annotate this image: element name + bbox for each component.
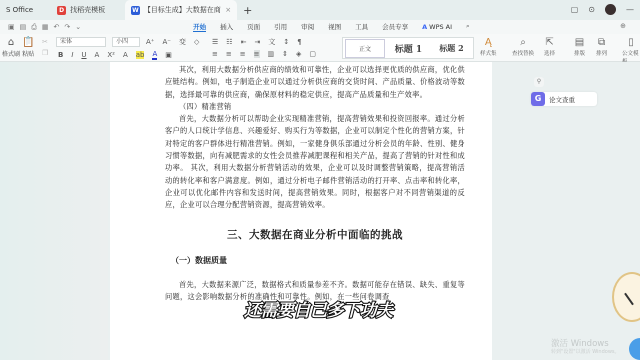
tab-bar: S Office D 找稻壳模板 W 【目标生成】大数据在商业分… × + ▢ … [0, 0, 640, 20]
increase-indent-icon[interactable]: ⇥ [254, 38, 260, 46]
char-border-icon[interactable]: ▣ [165, 51, 172, 59]
style-set-icon: Ą [485, 37, 492, 49]
grow-font-icon[interactable]: A⁺ [146, 38, 154, 46]
align-right-icon[interactable]: ≡ [240, 50, 246, 58]
layout-button[interactable]: ▤排版 [574, 37, 585, 57]
menu-references[interactable]: 引用 [274, 22, 287, 32]
paper-check-icon: G [531, 92, 545, 106]
open-icon[interactable]: ▤ [20, 23, 27, 32]
menu-bar: ▣ ▤ ⎙ ▦ ↶ ↷ ⌄ 开始 插入 页面 引用 审阅 视图 工具 会员专享 … [0, 20, 640, 34]
superscript-icon[interactable]: X² [107, 51, 115, 59]
pin-icon[interactable]: ⚲ [534, 77, 544, 87]
distribute-icon[interactable]: ▥ [268, 50, 275, 58]
phonetic-icon[interactable]: 变 [179, 37, 186, 47]
style-set-button[interactable]: Ą样式集 [480, 37, 497, 57]
align-left-icon[interactable]: ≡ [212, 50, 218, 58]
menu-items: 开始 插入 页面 引用 审阅 视图 工具 会员专享 AWPS AI ⌕ [193, 22, 470, 32]
menu-review[interactable]: 审阅 [301, 22, 314, 32]
paragraph-tools-row2: ≡ ≡ ≡ ≡ ▥ ⇕ ◈ ▢ [212, 50, 316, 58]
find-replace-button[interactable]: ⌕查找替换 [512, 37, 534, 57]
numbering-icon[interactable]: ☷ [226, 38, 232, 46]
wps-ai-button[interactable]: AWPS AI [422, 22, 452, 32]
menu-start[interactable]: 开始 [193, 22, 206, 32]
preview-icon[interactable]: ▦ [42, 23, 49, 32]
windows-activation-hint: 转到"设置"以激活 Windows。 [551, 348, 620, 355]
sort-icon[interactable]: ↕ [283, 38, 289, 46]
clear-format-icon[interactable]: ◇ [194, 38, 199, 46]
style-normal[interactable]: 正文 [345, 39, 385, 58]
font-color-icon[interactable]: A [152, 50, 157, 60]
format-painter-icon: ⌂ [8, 37, 14, 48]
arrange-icon: ⧉ [598, 37, 605, 49]
italic-icon[interactable]: I [71, 51, 73, 59]
window-controls: ▢ ⊙ — [571, 4, 634, 15]
justify-icon[interactable]: ≡ [254, 50, 260, 58]
format-painter-button[interactable]: ⌂ 格式刷 [2, 37, 20, 58]
cursor-icon: ⇱ [545, 37, 553, 49]
font-size-tools: A⁺ A⁻ 变 ◇ [146, 37, 199, 47]
wps-ai-icon: A [422, 23, 427, 31]
shrink-font-icon[interactable]: A⁻ [162, 38, 170, 46]
bullets-icon[interactable]: ☰ [212, 38, 218, 46]
align-center-icon[interactable]: ≡ [226, 50, 232, 58]
undo-icon[interactable]: ↶ [53, 23, 59, 32]
font-size-select[interactable]: 小四 [112, 37, 140, 47]
new-icon[interactable]: ▣ [8, 23, 15, 32]
underline-icon[interactable]: U [81, 51, 86, 59]
style-heading-2[interactable]: 标题 2 [430, 43, 473, 54]
section-heading: 三、大数据在商业分析中面临的挑战 [165, 229, 465, 241]
avatar[interactable] [605, 4, 616, 15]
clock-hand [624, 293, 634, 306]
document-body[interactable]: 其次，利用大数据分析供应商的绩效和可靠性，企业可以选择更优质的供应商，优化供应链… [165, 64, 465, 304]
text-effect-icon[interactable]: A [123, 51, 128, 59]
docer-icon: D [57, 6, 66, 15]
upload-icon[interactable]: ⊕ [620, 22, 626, 30]
official-doc-button[interactable]: ▯公文模板 [622, 37, 640, 65]
settings-icon[interactable]: ⊙ [588, 5, 595, 14]
borders-icon[interactable]: ▢ [309, 50, 316, 58]
ribbon-toolbar: ⌂ 格式刷 📋 粘贴 ✂ ❐ 宋体 小四 A⁺ A⁻ 变 ◇ B I U A X… [0, 34, 640, 62]
chevron-down-icon[interactable]: ⌄ [75, 23, 81, 32]
paragraph: 首先，大数据分析可以帮助企业实现精准营销，提高营销效果和投资回报率。通过分析客户… [165, 113, 465, 211]
quick-access: ▣ ▤ ⎙ ▦ ↶ ↷ ⌄ [8, 23, 81, 32]
search-icon[interactable]: ⌕ [466, 22, 470, 32]
minimize-icon[interactable]: — [626, 5, 634, 14]
style-gallery: 正文 标题 1 标题 2 [342, 37, 474, 59]
word-doc-icon: W [131, 6, 140, 15]
line-spacing-icon[interactable]: ⇕ [282, 50, 288, 58]
paragraph-tools-row1: ☰ ☷ ⇤ ⇥ 文 ↕ ¶ [212, 37, 302, 47]
menu-membership[interactable]: 会员专享 [382, 22, 408, 32]
window-restore-icon[interactable]: ▢ [571, 5, 579, 14]
paper-check-button[interactable]: G 论文查重 [531, 92, 597, 106]
video-caption-overlay: 还需要自己多下功夫 [244, 296, 393, 321]
document-icon: ▯ [628, 37, 634, 49]
decrease-indent-icon[interactable]: ⇤ [241, 38, 247, 46]
highlight-icon[interactable]: ab [136, 51, 145, 59]
chinese-layout-icon[interactable]: 文 [268, 37, 275, 47]
strikethrough-icon[interactable]: A [95, 51, 100, 59]
left-margin-area [0, 62, 108, 360]
print-icon[interactable]: ⎙ [31, 23, 37, 32]
layout-icon: ▤ [575, 37, 584, 49]
font-family-select[interactable]: 宋体 [56, 37, 106, 47]
new-tab-button[interactable]: + [243, 4, 252, 17]
cut-icon[interactable]: ✂ [42, 38, 48, 46]
show-marks-icon[interactable]: ¶ [297, 38, 301, 46]
select-button[interactable]: ⇱选择 [544, 37, 555, 57]
redo-icon[interactable]: ↷ [64, 23, 70, 32]
menu-tools[interactable]: 工具 [355, 22, 368, 32]
subsection-title: （四）精准营销 [165, 101, 465, 113]
tab-wps-office[interactable]: S Office [0, 0, 39, 20]
paste-button[interactable]: 📋 粘贴 [22, 37, 34, 58]
paste-icon: 📋 [22, 37, 34, 48]
paragraph: 其次，利用大数据分析供应商的绩效和可靠性，企业可以选择更优质的供应商，优化供应链… [165, 64, 465, 101]
bold-icon[interactable]: B [58, 51, 63, 59]
close-tab-icon[interactable]: × [225, 6, 231, 14]
shading-icon[interactable]: ◈ [296, 50, 301, 58]
menu-page[interactable]: 页面 [247, 22, 260, 32]
subsection-heading: （一）数据质量 [171, 255, 465, 267]
menu-insert[interactable]: 插入 [220, 22, 233, 32]
font-style-tools: B I U A X² A ab A ▣ [58, 50, 172, 60]
copy-icon[interactable]: ❐ [42, 49, 48, 57]
tab-document[interactable]: W 【目标生成】大数据在商业分… × [125, 0, 237, 20]
arrange-button[interactable]: ⧉排列 [596, 37, 607, 57]
menu-view[interactable]: 视图 [328, 22, 341, 32]
tab-docer-templates[interactable]: D 找稻壳模板 [51, 0, 111, 20]
search-icon: ⌕ [520, 37, 526, 49]
style-heading-1[interactable]: 标题 1 [387, 42, 430, 55]
